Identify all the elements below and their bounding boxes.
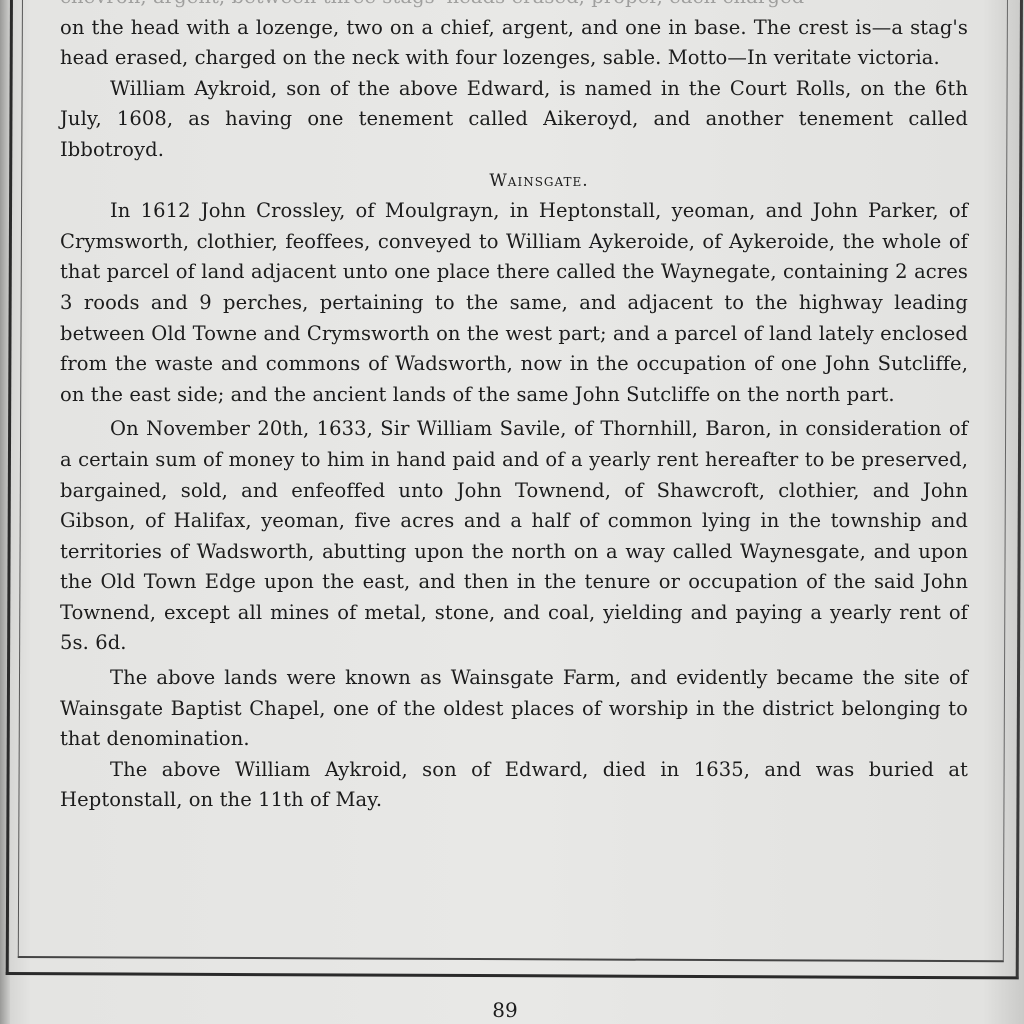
- paragraph-wainsgate-farm: The above lands were known as Wainsgate …: [60, 663, 968, 755]
- paragraph-blazon-continuation: on the head with a lozenge, two on a chi…: [60, 13, 968, 74]
- paragraph-conveyance-1612: In 1612 John Crossley, of Moulgrayn, in …: [60, 196, 968, 410]
- body-text: chevron, argent, between three stags' he…: [60, 0, 968, 816]
- page-number: 89: [0, 998, 1010, 1022]
- paragraph-aykroid-death: The above William Aykroid, son of Edward…: [60, 755, 968, 816]
- section-heading: Wainsgate.: [60, 166, 968, 197]
- partial-top-line: chevron, argent, between three stags' he…: [60, 0, 968, 13]
- paragraph-court-rolls: William Aykroid, son of the above Edward…: [60, 74, 968, 166]
- book-page: chevron, argent, between three stags' he…: [0, 0, 1024, 1024]
- paragraph-savile-1633: On November 20th, 1633, Sir William Savi…: [60, 414, 968, 659]
